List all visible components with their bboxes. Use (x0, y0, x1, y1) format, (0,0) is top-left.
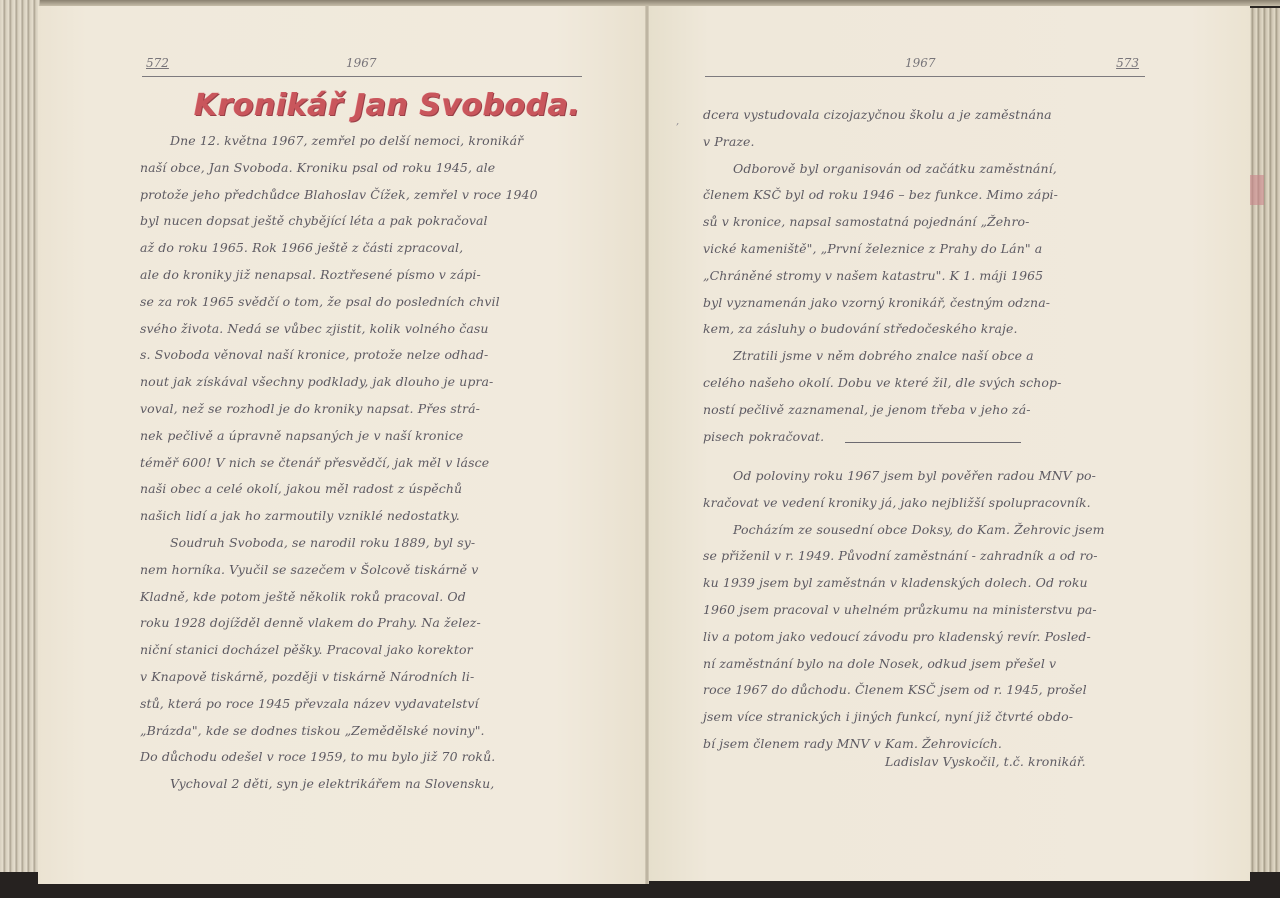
section-separator-line (845, 442, 1021, 443)
text-line: našich lidí a jak ho zarmoutily vzniklé … (140, 503, 590, 530)
text-line: Od poloviny roku 1967 jsem byl pověřen r… (703, 463, 1153, 490)
text-line: liv a potom jako vedoucí závodu pro klad… (703, 624, 1153, 651)
text-line: ku 1939 jsem byl zaměstnán v kladenských… (703, 570, 1153, 597)
text-line: byl nucen dopsat ještě chybějící léta a … (140, 208, 590, 235)
text-line: dcera vystudovala cizojazyčnou školu a j… (703, 102, 1153, 129)
text-line: ale do kroniky již nenapsal. Roztřesené … (140, 262, 590, 289)
page-edges-left (0, 0, 40, 884)
text-line: roce 1967 do důchodu. Členem KSČ jsem od… (703, 677, 1153, 704)
text-line: Do důchodu odešel v roce 1959, to mu byl… (140, 744, 590, 771)
text-line: niční stanici docházel pěšky. Pracoval j… (140, 637, 590, 664)
text-line: voval, než se rozhodl je do kroniky naps… (140, 396, 590, 423)
page-header: 572 1967 (142, 54, 582, 77)
text-line: ností pečlivě zaznamenal, je jenom třeba… (703, 397, 1153, 424)
text-line: nout jak získával všechny podklady, jak … (140, 369, 590, 396)
text-line: nem horníka. Vyučil se sazečem v Šolcově… (140, 557, 590, 584)
text-line: členem KSČ byl od roku 1946 – bez funkce… (703, 182, 1153, 209)
year-header: 1967 (346, 56, 377, 70)
text-line: jsem více stranických i jiných funkcí, n… (703, 704, 1153, 731)
text-line: v Knapově tiskárně, později v tiskárně N… (140, 664, 590, 691)
text-line: naši obec a celé okolí, jakou měl radost… (140, 476, 590, 503)
text-line: v Praze. (703, 129, 1153, 156)
text-line: nek pečlivě a úpravně napsaných je v naš… (140, 423, 590, 450)
page-number: 573 (1116, 56, 1139, 70)
text-line: Soudruh Svoboda, se narodil roku 1889, b… (140, 530, 590, 557)
text-line: se za rok 1965 svědčí o tom, že psal do … (140, 289, 590, 316)
year-header: 1967 (905, 56, 936, 70)
text-line: stů, která po roce 1945 převzala název v… (140, 691, 590, 718)
page-header: 1967 573 (705, 54, 1145, 77)
book-scan: 572 1967 Kronikář Jan Svoboda. Dne 12. k… (0, 0, 1280, 898)
text-line: Kladně, kde potom ještě několik roků pra… (140, 584, 590, 611)
text-line: „Brázda", kde se dodnes tiskou „Zeměděls… (140, 718, 590, 745)
text-line: s. Svoboda věnoval naší kronice, protože… (140, 342, 590, 369)
page-edges-right (1248, 8, 1280, 880)
handwritten-text-block: Od poloviny roku 1967 jsem byl pověřen r… (703, 463, 1153, 758)
text-line: až do roku 1965. Rok 1966 ještě z části … (140, 235, 590, 262)
text-line: svého života. Nedá se vůbec zjistit, kol… (140, 316, 590, 343)
page-title: Kronikář Jan Svoboda. (194, 88, 580, 123)
text-line: Dne 12. května 1967, zemřel po delší nem… (140, 128, 590, 155)
text-line: protože jeho předchůdce Blahoslav Čížek,… (140, 182, 590, 209)
handwritten-text-block: Dne 12. května 1967, zemřel po delší nem… (140, 128, 590, 798)
text-line: roku 1928 dojížděl denně vlakem do Prahy… (140, 610, 590, 637)
text-line: téměř 600! V nich se čtenář přesvědčí, j… (140, 450, 590, 477)
text-line: 1960 jsem pracoval v uhelném průzkumu na… (703, 597, 1153, 624)
text-line: pisech pokračovat. (703, 424, 1153, 451)
margin-mark: , (676, 116, 679, 127)
text-line: celého našeho okolí. Dobu ve které žil, … (703, 370, 1153, 397)
text-line: ní zaměstnání bylo na dole Nosek, odkud … (703, 651, 1153, 678)
text-line: Ztratili jsme v něm dobrého znalce naší … (703, 343, 1153, 370)
text-line: sů v kronice, napsal samostatná pojednán… (703, 209, 1153, 236)
handwritten-text-block: dcera vystudovala cizojazyčnou školu a j… (703, 102, 1153, 450)
chronicler-signature: Ladislav Vyskočil, t.č. kronikář. (885, 754, 1086, 769)
text-line: Vychoval 2 děti, syn je elektrikářem na … (140, 771, 590, 798)
right-page: 1967 573 , dcera vystudovala cizojazyčno… (649, 6, 1250, 881)
text-line: naší obce, Jan Svoboda. Kroniku psal od … (140, 155, 590, 182)
text-line: kem, za zásluhy o budování středočeského… (703, 316, 1153, 343)
text-line: vické kameniště", „První železnice z Pra… (703, 236, 1153, 263)
bookmark-tab (1250, 175, 1264, 205)
text-line: Pocházím ze sousední obce Doksy, do Kam.… (703, 517, 1153, 544)
text-line: byl vyznamenán jako vzorný kronikář, čes… (703, 290, 1153, 317)
text-line: kračovat ve vedení kroniky já, jako nejb… (703, 490, 1153, 517)
text-line: se přiženil v r. 1949. Původní zaměstnán… (703, 543, 1153, 570)
page-number: 572 (146, 56, 169, 70)
text-line: „Chráněné stromy v našem katastru". K 1.… (703, 263, 1153, 290)
text-line: Odborově byl organisován od začátku zamě… (703, 156, 1153, 183)
left-page: 572 1967 Kronikář Jan Svoboda. Dne 12. k… (38, 6, 647, 884)
